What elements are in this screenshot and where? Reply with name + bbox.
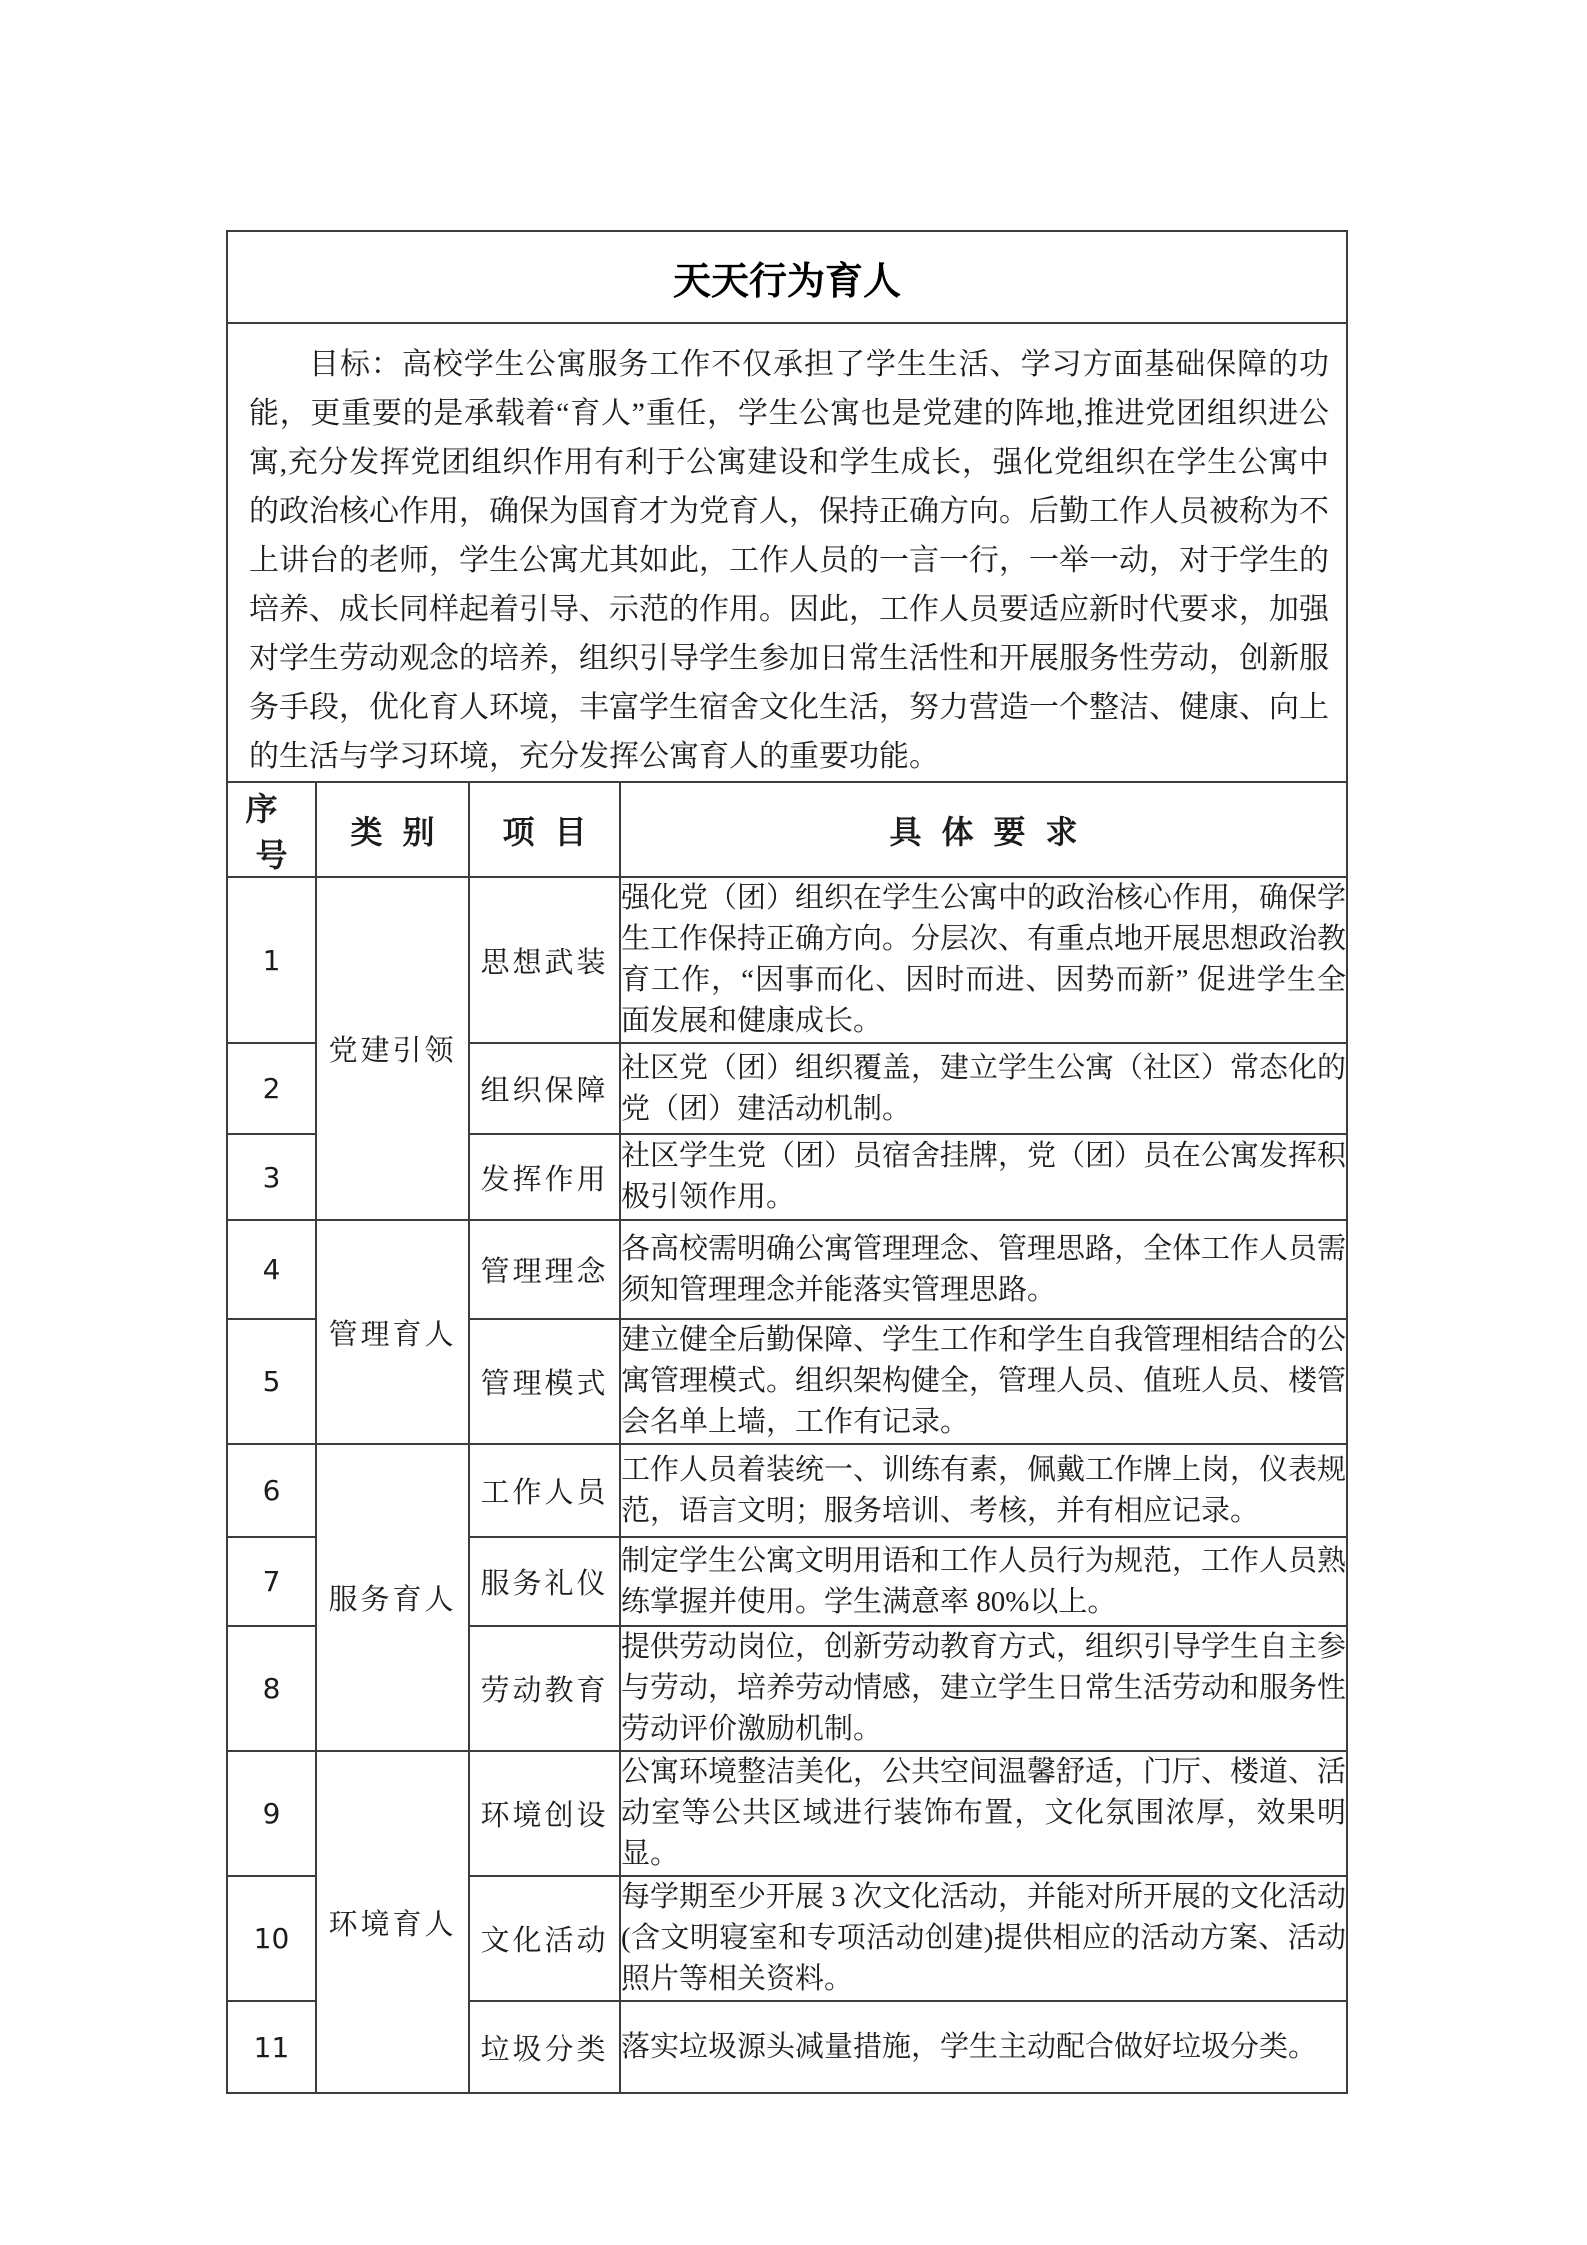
requirement-cell: 建立健全后勤保障、学生工作和学生自我管理相结合的公寓管理模式。组织架构健全，管理… — [620, 1319, 1347, 1444]
item-cell: 组织保障 — [469, 1043, 620, 1134]
header-category: 类别 — [316, 782, 469, 877]
requirement-cell: 落实垃圾源头减量措施，学生主动配合做好垃圾分类。 — [620, 2001, 1347, 2093]
requirement-cell: 每学期至少开展 3 次文化活动，并能对所开展的文化活动(含文明寝室和专项活动创建… — [620, 1876, 1347, 2001]
requirement-cell: 社区学生党（团）员宿舍挂牌，党（团）员在公寓发挥积极引领作用。 — [620, 1134, 1347, 1220]
serial-cell: 8 — [227, 1626, 316, 1751]
objective-row: 目标：高校学生公寓服务工作不仅承担了学生生活、学习方面基础保障的功能，更重要的是… — [227, 323, 1347, 782]
item-cell: 思想武装 — [469, 877, 620, 1043]
serial-cell: 6 — [227, 1444, 316, 1537]
serial-cell: 10 — [227, 1876, 316, 2001]
category-cell: 服务育人 — [316, 1444, 469, 1751]
serial-cell: 7 — [227, 1537, 316, 1626]
header-item: 项目 — [469, 782, 620, 877]
category-cell: 党建引领 — [316, 877, 469, 1220]
requirement-cell: 公寓环境整洁美化，公共空间温馨舒适，门厅、楼道、活动室等公共区域进行装饰布置，文… — [620, 1751, 1347, 1876]
table-header-row: 序号 类别 项目 具体要求 — [227, 782, 1347, 877]
serial-cell: 11 — [227, 2001, 316, 2093]
item-cell: 服务礼仪 — [469, 1537, 620, 1626]
header-requirement: 具体要求 — [620, 782, 1347, 877]
title-cell: 天天行为育人 — [227, 231, 1347, 323]
requirement-cell: 制定学生公寓文明用语和工作人员行为规范，工作人员熟练掌握并使用。学生满意率 80… — [620, 1537, 1347, 1626]
serial-cell: 2 — [227, 1043, 316, 1134]
table-row: 1 党建引领 思想武装 强化党（团）组织在学生公寓中的政治核心作用，确保学生工作… — [227, 877, 1347, 1043]
page-title: 天天行为育人 — [673, 259, 901, 303]
item-cell: 垃圾分类 — [469, 2001, 620, 2093]
category-cell: 管理育人 — [316, 1220, 469, 1444]
requirement-cell: 强化党（团）组织在学生公寓中的政治核心作用，确保学生工作保持正确方向。分层次、有… — [620, 877, 1347, 1043]
objective-paragraph: 目标：高校学生公寓服务工作不仅承担了学生生活、学习方面基础保障的功能，更重要的是… — [228, 324, 1346, 781]
serial-cell: 3 — [227, 1134, 316, 1220]
item-cell: 文化活动 — [469, 1876, 620, 2001]
header-no: 序号 — [227, 782, 316, 877]
requirement-cell: 工作人员着装统一、训练有素，佩戴工作牌上岗，仪表规范，语言文明；服务培训、考核，… — [620, 1444, 1347, 1537]
serial-cell: 5 — [227, 1319, 316, 1444]
serial-cell: 1 — [227, 877, 316, 1043]
requirement-cell: 各高校需明确公寓管理理念、管理思路，全体工作人员需须知管理理念并能落实管理思路。 — [620, 1220, 1347, 1319]
item-cell: 环境创设 — [469, 1751, 620, 1876]
serial-cell: 9 — [227, 1751, 316, 1876]
item-cell: 工作人员 — [469, 1444, 620, 1537]
serial-cell: 4 — [227, 1220, 316, 1319]
requirement-cell: 社区党（团）组织覆盖，建立学生公寓（社区）常态化的党（团）建活动机制。 — [620, 1043, 1347, 1134]
objective-cell: 目标：高校学生公寓服务工作不仅承担了学生生活、学习方面基础保障的功能，更重要的是… — [227, 323, 1347, 782]
title-row: 天天行为育人 — [227, 231, 1347, 323]
item-cell: 管理理念 — [469, 1220, 620, 1319]
document-page: 天天行为育人 目标：高校学生公寓服务工作不仅承担了学生生活、学习方面基础保障的功… — [0, 0, 1587, 2245]
table-row: 4 管理育人 管理理念 各高校需明确公寓管理理念、管理思路，全体工作人员需须知管… — [227, 1220, 1347, 1319]
item-cell: 劳动教育 — [469, 1626, 620, 1751]
table-row: 9 环境育人 环境创设 公寓环境整洁美化，公共空间温馨舒适，门厅、楼道、活动室等… — [227, 1751, 1347, 1876]
requirement-cell: 提供劳动岗位，创新劳动教育方式，组织引导学生自主参与劳动，培养劳动情感，建立学生… — [620, 1626, 1347, 1751]
table-row: 6 服务育人 工作人员 工作人员着装统一、训练有素，佩戴工作牌上岗，仪表规范，语… — [227, 1444, 1347, 1537]
item-cell: 管理模式 — [469, 1319, 620, 1444]
item-cell: 发挥作用 — [469, 1134, 620, 1220]
category-cell: 环境育人 — [316, 1751, 469, 2093]
main-table: 天天行为育人 目标：高校学生公寓服务工作不仅承担了学生生活、学习方面基础保障的功… — [226, 230, 1348, 2094]
